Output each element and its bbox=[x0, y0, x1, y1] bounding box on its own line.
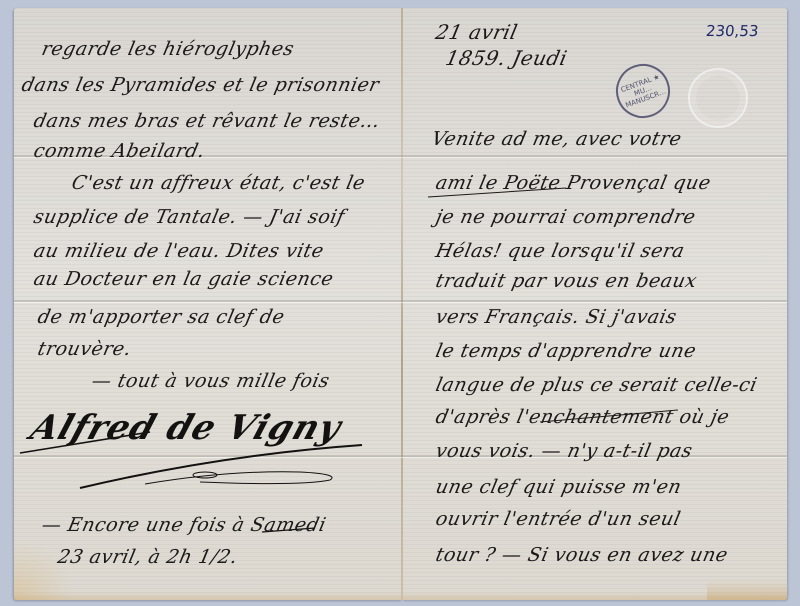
call-number: 230,53 bbox=[705, 22, 759, 40]
letter-line: d'après l'enchantement où je bbox=[434, 406, 732, 428]
letter-line: ami le Poëte Provençal que bbox=[434, 172, 713, 194]
letter-line: Hélas! que lorsqu'il sera bbox=[434, 240, 687, 262]
letter-line: je ne pourrai comprendre bbox=[434, 206, 698, 228]
letter-line: vers Français. Si j'avais bbox=[434, 306, 679, 328]
postscript-line: 23 avril, à 2h 1/2. bbox=[56, 546, 240, 568]
letter-line: traduit par vous en beaux bbox=[434, 270, 699, 292]
letter-line: le temps d'apprendre une bbox=[434, 340, 699, 362]
letter-line: vous vois. — n'y a-t-il pas bbox=[434, 440, 695, 462]
letter-line: une clef qui puisse m'en bbox=[434, 476, 684, 498]
letter-line: Venite ad me, avec votre bbox=[430, 128, 684, 150]
letter-line: langue de plus ce serait celle-ci bbox=[434, 374, 760, 396]
letter-line: tour ? — Si vous en avez une bbox=[434, 544, 730, 566]
date-line: 21 avril bbox=[433, 20, 519, 44]
letter-line: ouvrir l'entrée d'un seul bbox=[434, 508, 683, 530]
postscript-line: — Encore une fois à Samedi bbox=[40, 514, 329, 536]
blind-embossed-stamp bbox=[688, 68, 748, 128]
date-line: 1859. Jeudi bbox=[443, 46, 569, 70]
